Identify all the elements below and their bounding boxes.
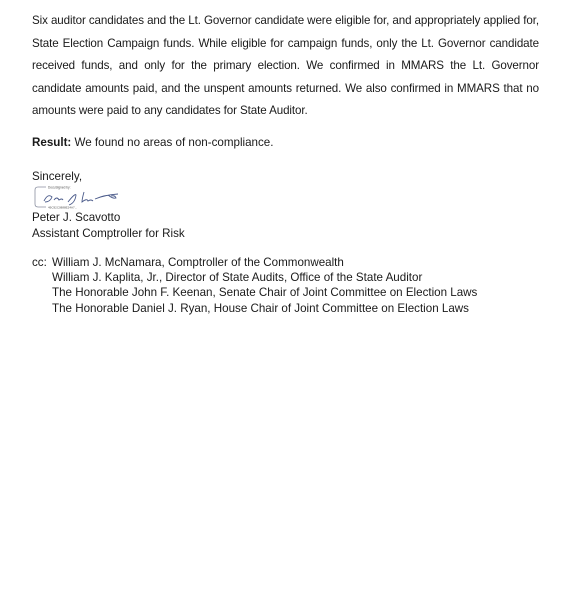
cc-recipient: William J. Kaplita, Jr., Director of Sta… bbox=[52, 270, 477, 285]
docusign-signature: DocuSigned by: 49C92C0888E24A7... bbox=[32, 183, 142, 211]
signer-block: Peter J. Scavotto Assistant Comptroller … bbox=[32, 210, 185, 241]
signer-title: Assistant Comptroller for Risk bbox=[32, 226, 185, 242]
svg-text:DocuSigned by:: DocuSigned by: bbox=[48, 186, 71, 190]
cc-recipient-list: William J. McNamara, Comptroller of the … bbox=[52, 255, 477, 316]
result-statement: Result: We found no areas of non-complia… bbox=[32, 135, 273, 150]
cc-recipient: The Honorable Daniel J. Ryan, House Chai… bbox=[52, 301, 477, 316]
signer-name: Peter J. Scavotto bbox=[32, 210, 185, 226]
svg-text:49C92C0888E24A7...: 49C92C0888E24A7... bbox=[48, 206, 77, 210]
result-label: Result: bbox=[32, 136, 71, 149]
cc-recipient: William J. McNamara, Comptroller of the … bbox=[52, 255, 477, 270]
closing: Sincerely, bbox=[32, 169, 82, 184]
result-text: We found no areas of non-compliance. bbox=[71, 136, 273, 149]
cc-label: cc: bbox=[32, 255, 47, 270]
cc-recipient: The Honorable John F. Keenan, Senate Cha… bbox=[52, 285, 477, 300]
body-paragraph: Six auditor candidates and the Lt. Gover… bbox=[32, 10, 539, 123]
